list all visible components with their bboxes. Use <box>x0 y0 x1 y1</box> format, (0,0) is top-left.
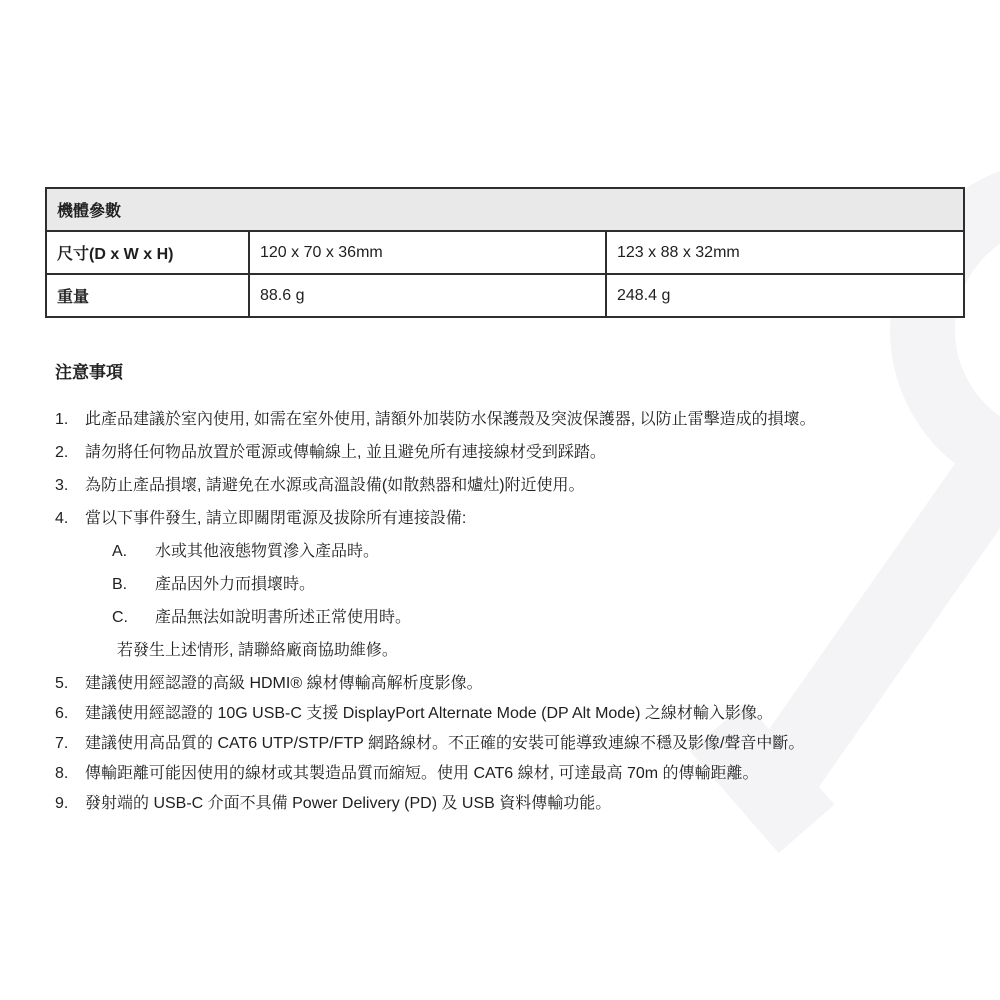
list-item: 5. 建議使用經認證的高級 HDMI® 線材傳輸高解析度影像。 <box>55 673 965 695</box>
list-item-text: 請勿將任何物品放置於電源或傳輸線上, 並且避免所有連接線材受到踩踏。 <box>85 442 965 464</box>
spec-row-label: 尺寸(D x W x H) <box>46 231 249 274</box>
list-item-number: 9. <box>55 793 85 815</box>
sub-list-item-text: 產品無法如說明書所述正常使用時。 <box>155 607 965 629</box>
list-item: 7. 建議使用高品質的 CAT6 UTP/STP/FTP 網路線材。不正確的安裝… <box>55 733 965 755</box>
list-item: 6. 建議使用經認證的 10G USB-C 支援 DisplayPort Alt… <box>55 703 965 725</box>
list-item-text: 建議使用高品質的 CAT6 UTP/STP/FTP 網路線材。不正確的安裝可能導… <box>85 733 965 755</box>
list-item-text: 當以下事件發生, 請立即關閉電源及拔除所有連接設備: <box>85 508 965 530</box>
list-item: 3. 為防止產品損壞, 請避免在水源或高溫設備(如散熱器和爐灶)附近使用。 <box>55 475 965 497</box>
sub-list-item-letter: A. <box>112 541 155 563</box>
list-item-text: 建議使用經認證的高級 HDMI® 線材傳輸高解析度影像。 <box>85 673 965 695</box>
notes-section: 注意事項 1. 此產品建議於室內使用, 如需在室外使用, 請額外加裝防水保護殼及… <box>55 358 965 823</box>
sub-list-item-text: 產品因外力而損壞時。 <box>155 574 965 596</box>
list-item-number: 4. <box>55 508 85 530</box>
sub-list-item-text: 水或其他液態物質滲入產品時。 <box>155 541 965 563</box>
spec-table: 機體參數 尺寸(D x W x H) 120 x 70 x 36mm 123 x… <box>45 187 965 318</box>
sub-list-note: 若發生上述情形, 請聯絡廠商協助維修。 <box>117 640 965 662</box>
list-item-number: 3. <box>55 475 85 497</box>
list-item: 1. 此產品建議於室內使用, 如需在室外使用, 請額外加裝防水保護殼及突波保護器… <box>55 409 965 431</box>
document-page: 機體參數 尺寸(D x W x H) 120 x 70 x 36mm 123 x… <box>0 0 1000 1000</box>
sub-list-item-letter: C. <box>112 607 155 629</box>
list-item-text: 發射端的 USB-C 介面不具備 Power Delivery (PD) 及 U… <box>85 793 965 815</box>
list-item-number: 6. <box>55 703 85 725</box>
sub-list-item-letter: B. <box>112 574 155 596</box>
spec-row-label: 重量 <box>46 274 249 317</box>
spec-row-value-1: 88.6 g <box>249 274 606 317</box>
list-item: 2. 請勿將任何物品放置於電源或傳輸線上, 並且避免所有連接線材受到踩踏。 <box>55 442 965 464</box>
list-item-text: 此產品建議於室內使用, 如需在室外使用, 請額外加裝防水保護殼及突波保護器, 以… <box>85 409 965 431</box>
list-item-text: 傳輸距離可能因使用的線材或其製造品質而縮短。使用 CAT6 線材, 可達最高 7… <box>85 763 965 785</box>
list-item-number: 8. <box>55 763 85 785</box>
list-item: 4. 當以下事件發生, 請立即關閉電源及拔除所有連接設備: <box>55 508 965 530</box>
spec-table-header-row: 機體參數 <box>46 188 964 231</box>
list-item: 9. 發射端的 USB-C 介面不具備 Power Delivery (PD) … <box>55 793 965 815</box>
spec-row-value-1: 120 x 70 x 36mm <box>249 231 606 274</box>
sub-list-item: A. 水或其他液態物質滲入產品時。 <box>112 541 965 563</box>
list-item-number: 5. <box>55 673 85 695</box>
list-item-number: 2. <box>55 442 85 464</box>
sub-list-item: C. 產品無法如說明書所述正常使用時。 <box>112 607 965 629</box>
list-item-number: 7. <box>55 733 85 755</box>
list-item: 8. 傳輸距離可能因使用的線材或其製造品質而縮短。使用 CAT6 線材, 可達最… <box>55 763 965 785</box>
list-item-text: 建議使用經認證的 10G USB-C 支援 DisplayPort Altern… <box>85 703 965 725</box>
sub-list-item: B. 產品因外力而損壞時。 <box>112 574 965 596</box>
spec-row-value-2: 123 x 88 x 32mm <box>606 231 964 274</box>
table-row: 尺寸(D x W x H) 120 x 70 x 36mm 123 x 88 x… <box>46 231 964 274</box>
list-item-number: 1. <box>55 409 85 431</box>
list-item-text: 為防止產品損壞, 請避免在水源或高溫設備(如散熱器和爐灶)附近使用。 <box>85 475 965 497</box>
spec-table-title: 機體參數 <box>46 188 964 231</box>
sub-list-note-text: 若發生上述情形, 請聯絡廠商協助維修。 <box>117 640 965 662</box>
spec-row-value-2: 248.4 g <box>606 274 964 317</box>
table-row: 重量 88.6 g 248.4 g <box>46 274 964 317</box>
notes-title: 注意事項 <box>55 358 965 383</box>
